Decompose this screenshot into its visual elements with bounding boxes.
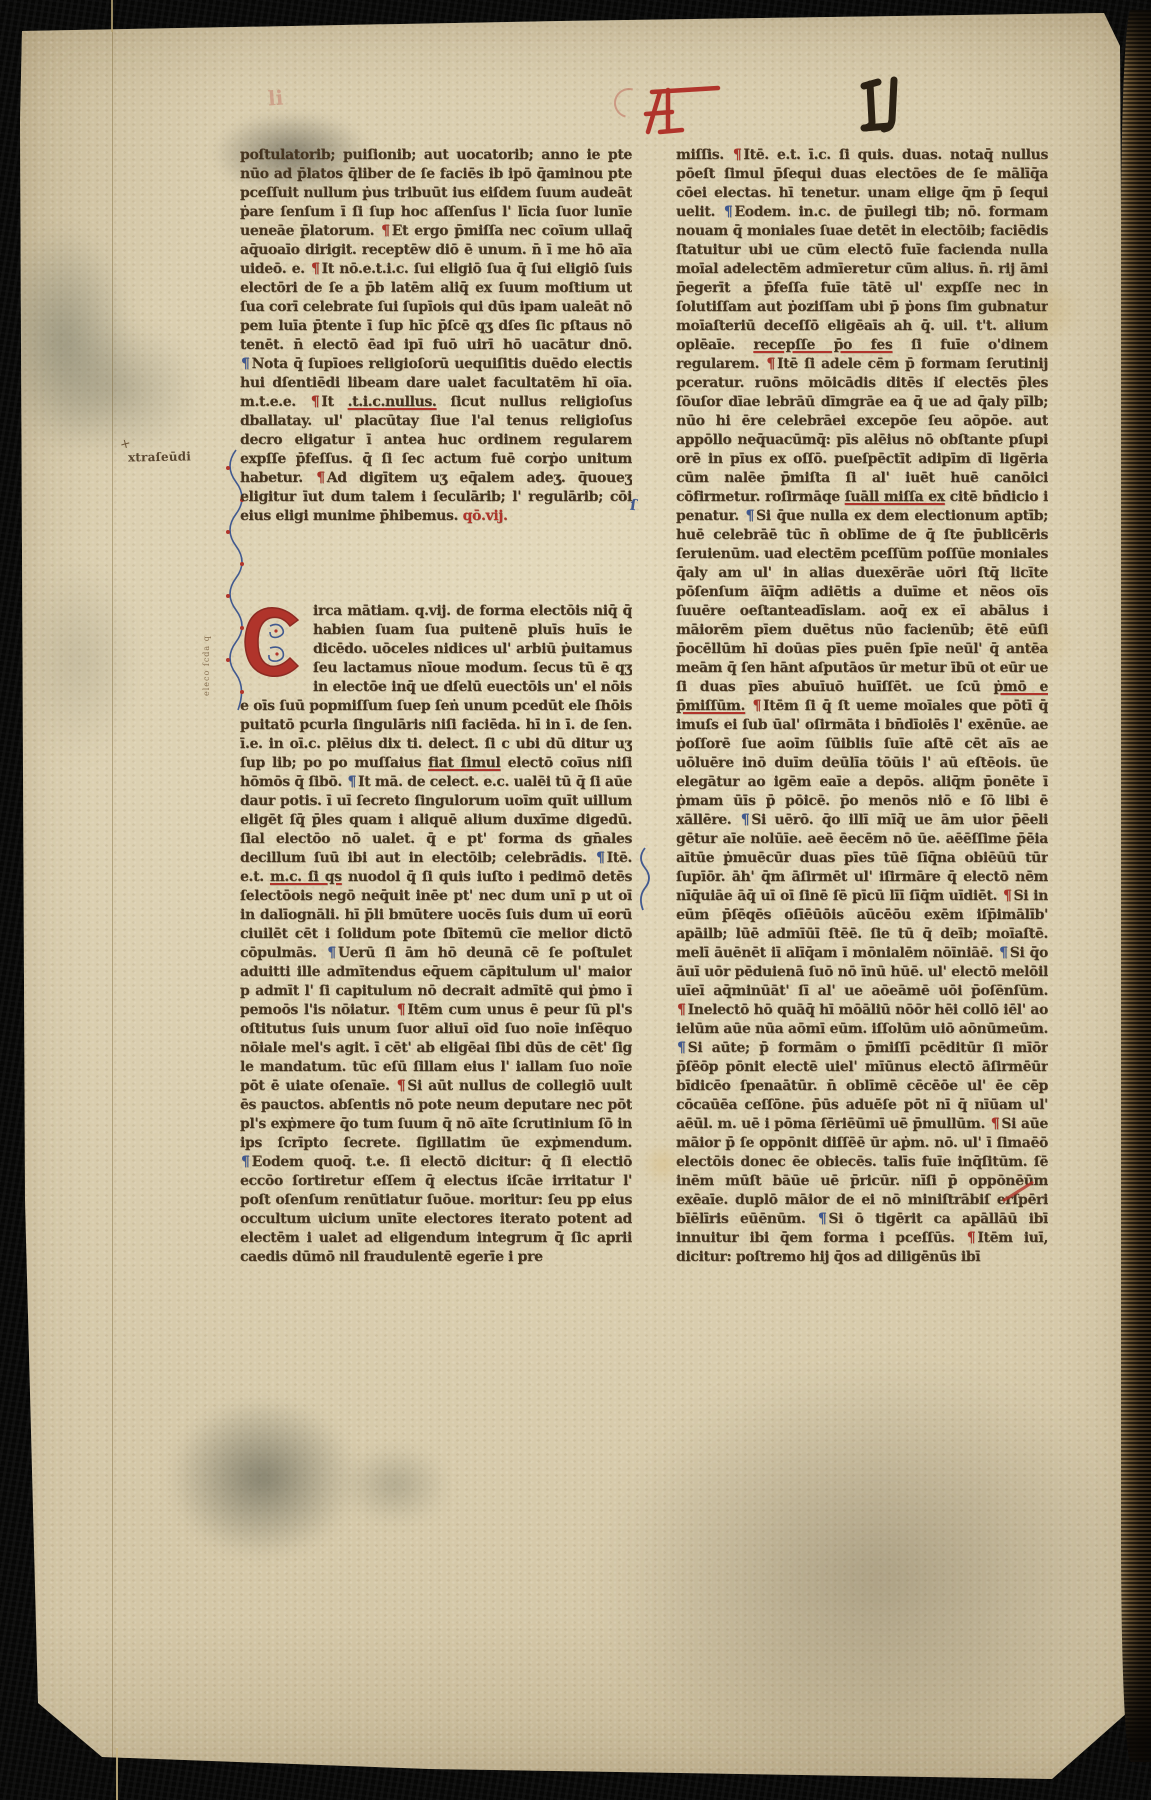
binding-thread-bottom [116,1748,118,1800]
pilcrow-red: ¶ [751,698,763,714]
vertical-guide-letters: eleco ſcda q [202,556,211,696]
text-segment: Eodem quoq̄. t.e. ſi electō dicitur: q̄ … [240,1154,632,1265]
text-segment: Si q̄ue nulla ex dem electionum aptīb; h… [676,508,1048,695]
pilcrow-red: ¶ [990,1116,1002,1132]
pilcrow-red: ¶ [1002,888,1014,904]
pilcrow-blue: ¶ [346,774,358,790]
pilcrow-red: ¶ [966,1230,978,1246]
text-segment: miſſis. [676,147,724,163]
pilcrow-blue: ¶ [744,508,756,524]
gutter-blue-squiggle [633,846,655,912]
pilcrow-blue: ¶ [240,1154,252,1170]
pilcrow-red: ¶ [310,261,322,277]
text-segment: fiat ſimul [428,755,500,771]
text-segment: .t.i.c.nullus. [348,394,437,410]
pilcrow-blue: ¶ [326,945,338,961]
text-segment: Si uērō. q̄o illī mīq̄ ue ām uior p̄ēeli… [676,812,1048,904]
text-segment: ſuāll miſſa ex [845,489,945,505]
text-segment: m.c. ſi qs [270,869,342,885]
margin-note: xtraſeūdi [128,449,191,464]
pilcrow-red: ¶ [676,1002,688,1018]
pilcrow-blue: ¶ [998,945,1010,961]
decorated-initial [240,604,306,680]
text-segment: Itēm ſi q̄ ſt ueme moīales que pōtī q̄ i… [676,698,1048,828]
pilcrow-blue: ¶ [595,850,607,866]
text-column-left: poſtulatorib; puiſionib; aut uocatorib; … [240,146,632,1400]
faint-red-ghost-letters: li [267,85,284,110]
pilcrow-red: ¶ [380,223,392,239]
pilcrow-blue: ¶ [240,356,252,372]
ruling-line [112,30,113,1758]
pilcrow-blue: ¶ [740,812,752,828]
pilcrow-red: ¶ [310,394,322,410]
header-letter-a-red-icon [638,80,724,138]
pilcrow-red: ¶ [396,1078,408,1094]
text-segment: Inelectō hō quāq̄ hī mōāliū nōōr hēi col… [676,1002,1048,1037]
pilcrow-blue: ¶ [817,1211,829,1227]
column-left-upper-text: poſtulatorib; puiſionib; aut uocatorib; … [240,146,632,602]
pilcrow-red: ¶ [315,470,327,486]
text-segment: It [321,394,333,410]
binding-thread-top [111,0,113,32]
adjacent-page-fore-edge [1121,10,1151,1762]
pilcrow-red: ¶ [732,147,744,163]
text-segment: recepſſe p̄o fes [753,337,892,353]
pilcrow-red: ¶ [765,356,777,372]
column-left-lower-text: irca mātiam. q.vij. de forma electōis ni… [240,602,632,1400]
header-letter-u-black-icon [856,74,910,134]
parchment-page: li + xtraſeūdi eleco ſcda q poſtulatorib… [0,0,1151,1800]
text-segment: Itē ſi adele cēm p̄ formam ſerutinij pce… [676,356,1048,505]
pilcrow-blue: ¶ [676,1040,688,1056]
pilcrow-blue: ¶ [723,204,735,220]
text-segment: Eodem. in.c. de p̄uilegi tib; nō. formam… [676,204,1048,353]
text-column-right: miſſis. ¶Itē. e.t. ī.c. ſi quis. duas. n… [676,146,1048,1400]
text-segment: qō.vij. [463,508,508,524]
pilcrow-red: ¶ [396,1002,408,1018]
